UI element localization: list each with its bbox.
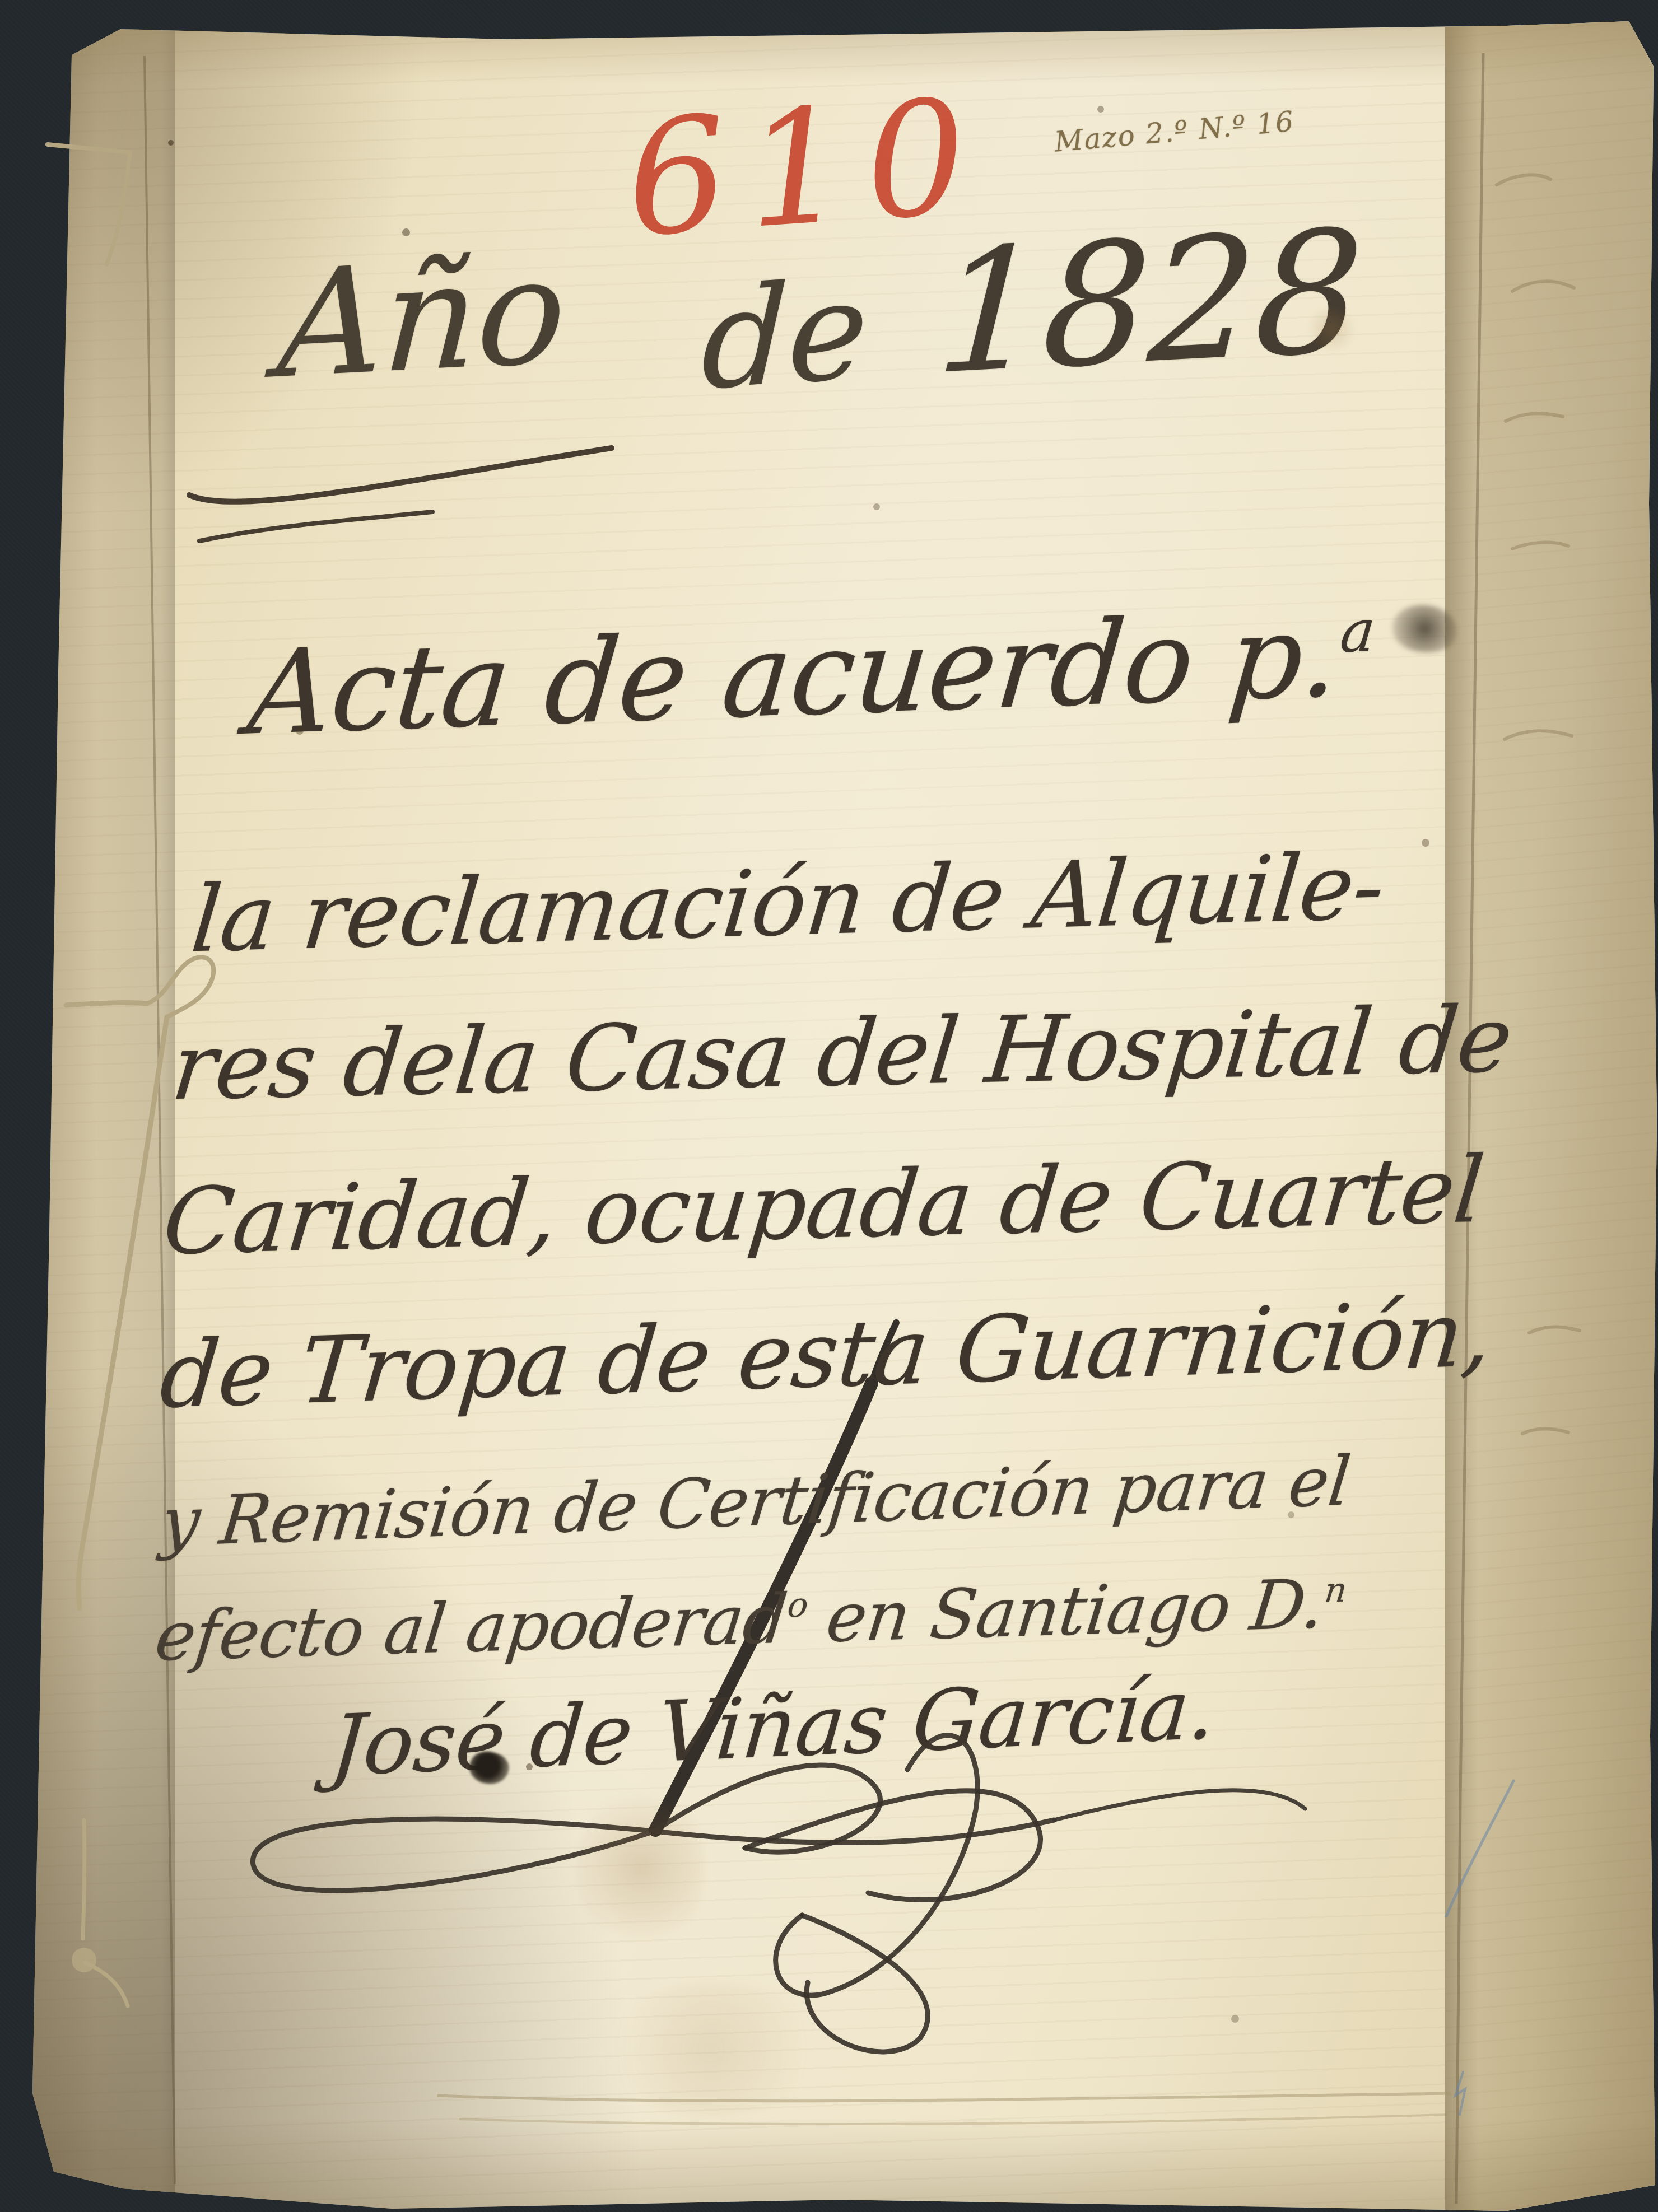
title-line-7-text-b: en Santiago D. (802, 1565, 1328, 1658)
folio-number: 610 (621, 63, 991, 272)
photo-background: Mazo 2.º N.º 16 610 Año de 1828 Acta de … (0, 0, 1658, 2212)
heading-ano: Año (274, 225, 570, 411)
heading-year: 1828 (932, 193, 1367, 412)
paper-specks (168, 140, 174, 146)
title-line-1-superscript: a (1338, 598, 1377, 666)
title-line-7-superscript-2: n (1322, 1570, 1348, 1610)
heading-de: de (699, 250, 870, 421)
